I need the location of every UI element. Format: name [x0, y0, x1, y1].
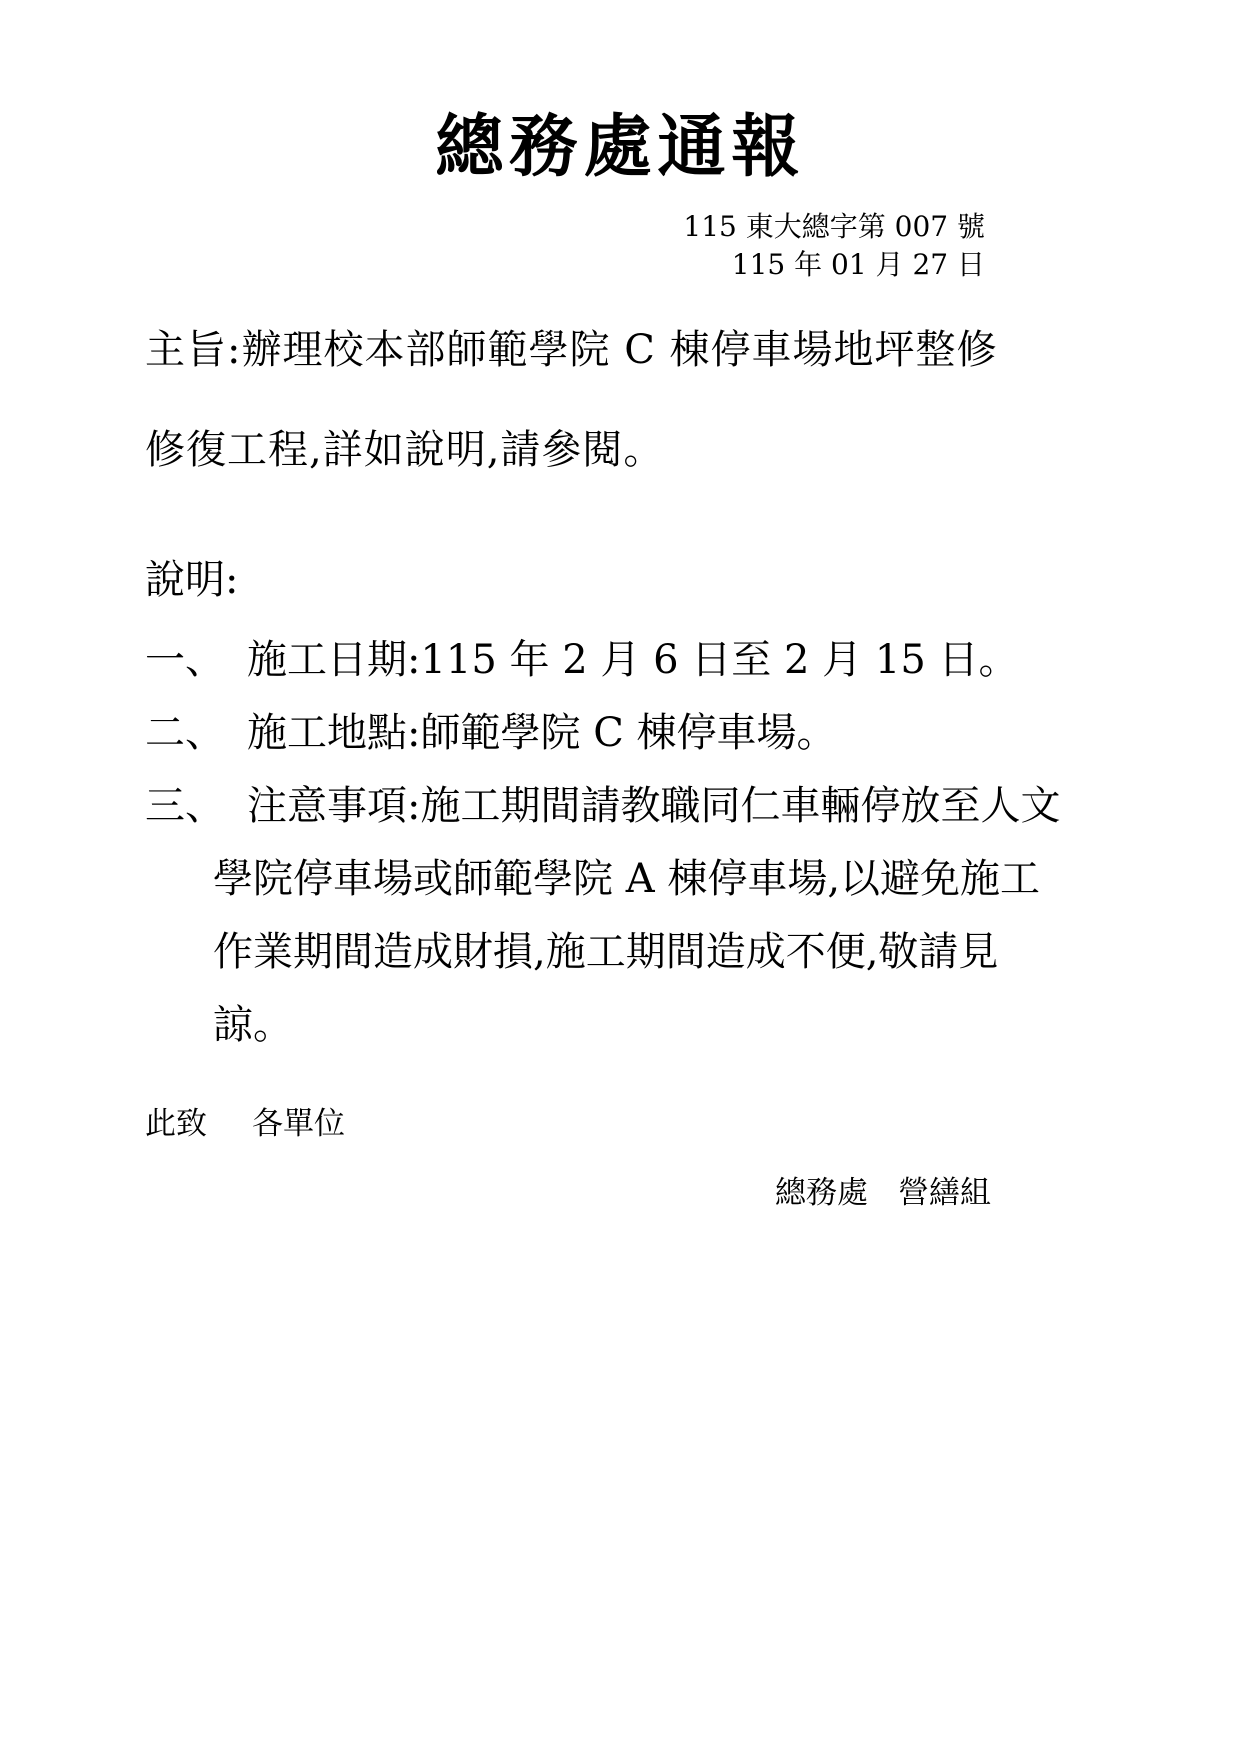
closing-salutation: 此致 [145, 1104, 207, 1144]
closing-recipient: 各單位 [252, 1104, 345, 1144]
document-page: 總務處通報 115 東大總字第 007 號 115 年 01 月 27 日 主旨… [0, 0, 1241, 1755]
explanation-label: 說明: [145, 544, 1241, 617]
reference-block: 115 東大總字第 007 號 115 年 01 月 27 日 [0, 208, 1241, 284]
item-text: 注意事項:施工期間請教職同仁車輛停放至人文學院停車場或師範學院 A 棟停車場,以… [213, 783, 1060, 1048]
signature-line: 總務處營繕組 [0, 1173, 1241, 1213]
doc-number: 115 東大總字第 007 號 [0, 208, 985, 246]
list-item: 二、施工地點:師範學院 C 棟停車場。 [145, 697, 1065, 770]
doc-date: 115 年 01 月 27 日 [0, 246, 985, 284]
page-title: 總務處通報 [0, 100, 1241, 195]
item-text: 施工地點:師範學院 C 棟停車場。 [247, 710, 837, 756]
closing-line: 此致 各單位 [145, 1104, 1241, 1144]
item-marker: 一、 [145, 637, 225, 683]
list-item: 一、施工日期:115 年 2 月 6 日至 2 月 15 日。 [145, 624, 1065, 697]
item-marker: 三、 [145, 783, 225, 829]
explanation-list: 一、施工日期:115 年 2 月 6 日至 2 月 15 日。 二、施工地點:師… [145, 624, 1065, 1062]
list-item: 三、注意事項:施工期間請教職同仁車輛停放至人文學院停車場或師範學院 A 棟停車場… [145, 770, 1065, 1062]
item-marker: 二、 [145, 710, 225, 756]
subject-paragraph: 主旨:辦理校本部師範學院 C 棟停車場地坪整修修復工程,詳如說明,請參閱。 [145, 300, 1025, 500]
item-text: 施工日期:115 年 2 月 6 日至 2 月 15 日。 [247, 637, 1019, 683]
signature-division: 營繕組 [898, 1175, 991, 1211]
signature-department: 總務處 [775, 1175, 868, 1211]
